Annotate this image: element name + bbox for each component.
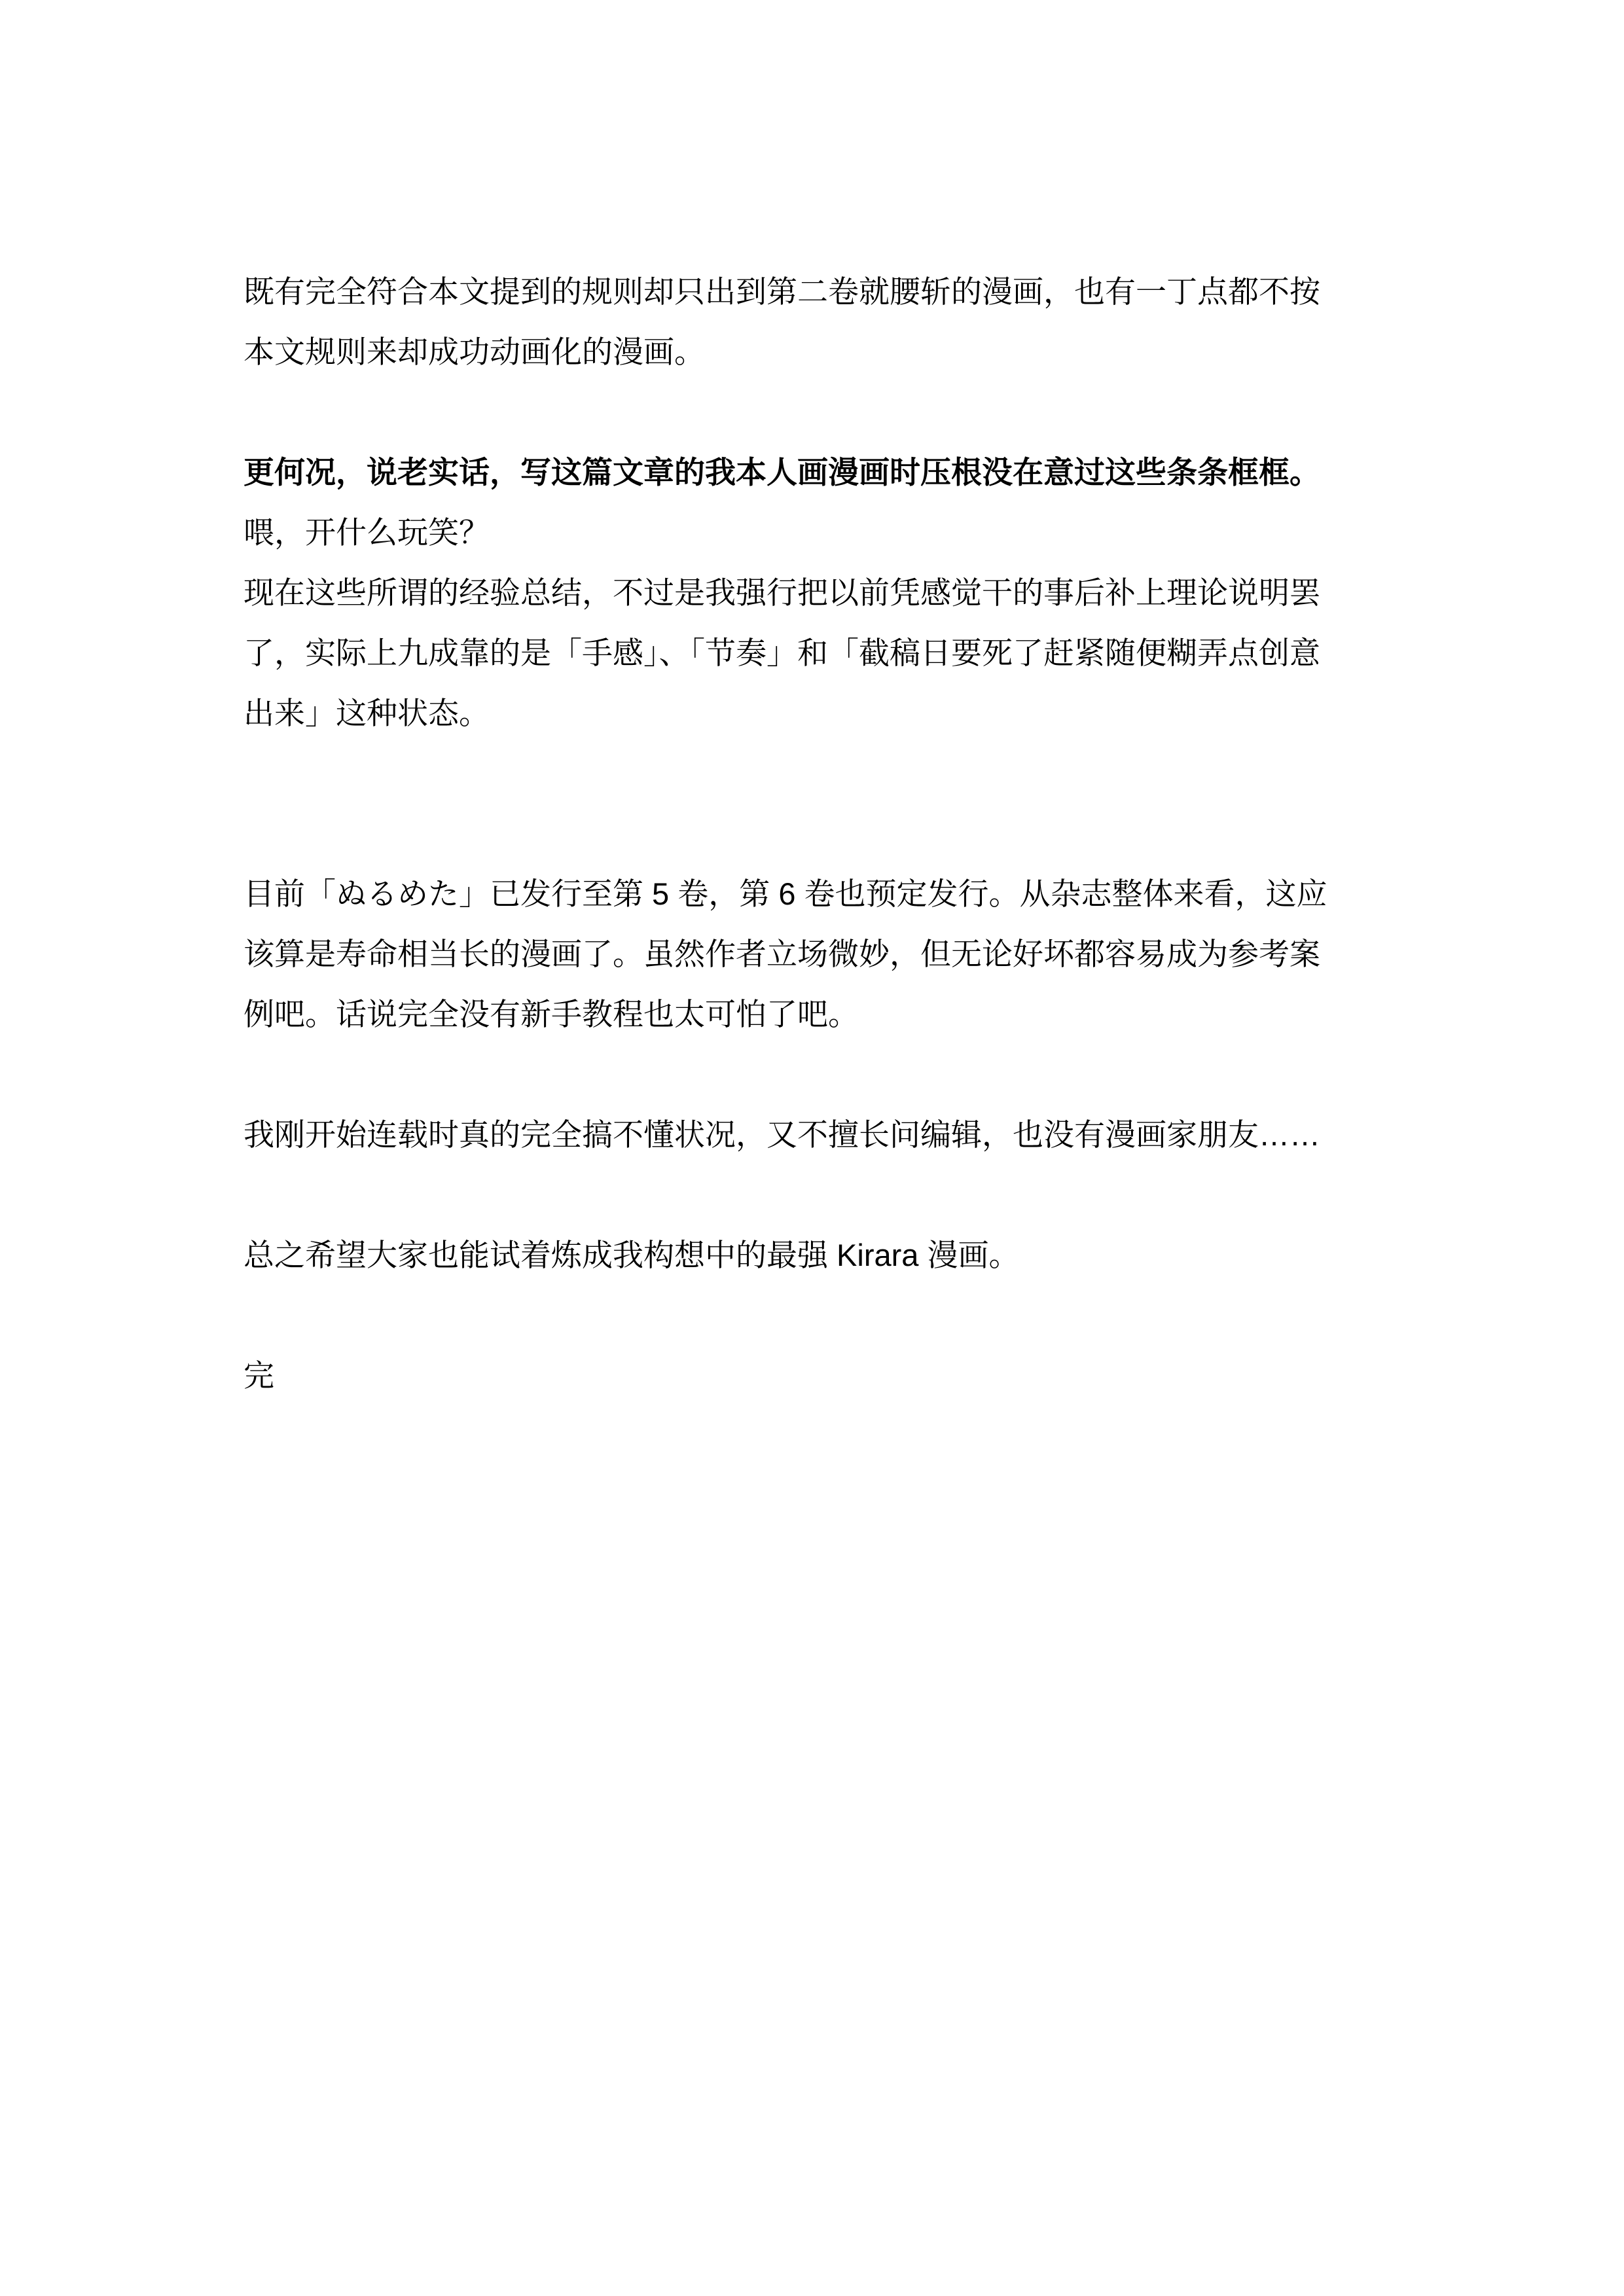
paragraph-serialization-start: 我刚开始连载时真的完全搞不懂状况，又不擅长问编辑，也没有漫画家朋友……: [244, 1105, 1401, 1165]
paragraph-joking: 喂，开什么玩笑？: [244, 503, 1401, 563]
paragraph-hindsight-theory: 现在这些所谓的经验总结，不过是我强行把以前凭感觉干的事后补上理论说明罢 了，实际…: [244, 563, 1401, 744]
paragraph-closing-wish: 总之希望大家也能试着炼成我构想中的最强 Kirara 漫画。: [244, 1225, 1401, 1285]
end-mark: 完: [244, 1346, 1401, 1406]
document-page: 既有完全符合本文提到的规则却只出到第二卷就腰斩的漫画，也有一丁点都不按 本文规则…: [0, 0, 1624, 2296]
paragraph-confession-bold: 更何况，说老实话，写这篇文章的我本人画漫画时压根没在意过这些条条框框。: [244, 442, 1401, 503]
paragraph-nurumeta-volumes: 目前「ぬるめた」已发行至第 5 卷，第 6 卷也预定发行。从杂志整体来看，这应 …: [244, 864, 1401, 1045]
paragraph-counterexamples: 既有完全符合本文提到的规则却只出到第二卷就腰斩的漫画，也有一丁点都不按 本文规则…: [244, 262, 1401, 382]
